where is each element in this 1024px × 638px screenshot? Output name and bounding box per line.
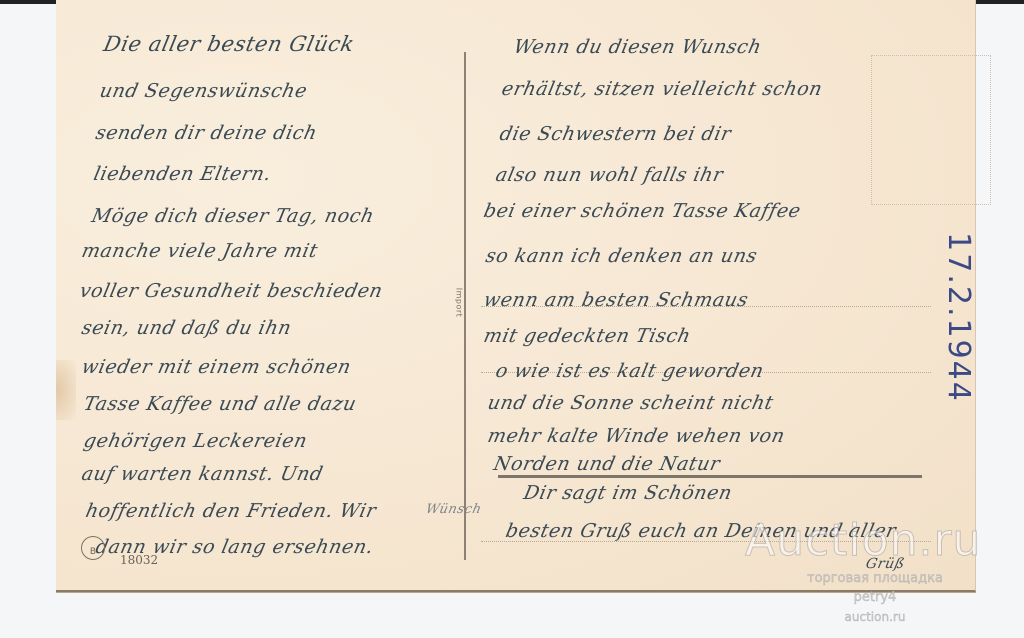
message-line: mit gedeckten Tisch <box>482 325 693 347</box>
publisher-logo-icon: B <box>81 536 105 560</box>
message-line: auf warten kannst. Und <box>80 463 326 485</box>
message-line: wenn am besten Schmaus <box>482 289 751 311</box>
center-divider <box>464 52 466 560</box>
message-line: Wenn du diesen Wunsch <box>512 36 764 58</box>
postcard-back: Die aller besten Glück und Segenswünsche… <box>56 0 976 592</box>
scan-edge-top-left <box>0 0 56 4</box>
message-line: und die Sonne scheint nicht <box>486 392 776 414</box>
message-line: o wie ist es kalt geworden <box>494 360 766 382</box>
message-line: und Segenswünsche <box>98 80 310 102</box>
message-line: Tasse Kaffee und alle dazu <box>82 393 359 415</box>
paper-stain <box>56 360 76 420</box>
message-line: also nun wohl falls ihr <box>494 164 726 186</box>
watermark-tagline: торговая площадка <box>775 571 975 586</box>
address-line-underline <box>498 475 922 478</box>
margin-note: Wünsch <box>424 502 483 517</box>
message-line: Die aller besten Glück <box>101 32 356 56</box>
message-line: voller Gesundheit beschieden <box>78 280 385 302</box>
import-label: Import <box>454 288 463 318</box>
message-line: wieder mit einem schönen <box>80 356 354 378</box>
stamp-box <box>871 55 991 205</box>
handwritten-date: 17.2.1944 <box>941 232 976 403</box>
message-line: mehr kalte Winde wehen von <box>486 425 787 447</box>
watermark-domain: auction.ru <box>775 610 975 624</box>
watermark-brand: Auction.ru <box>745 515 981 566</box>
message-line: hoffentlich den Frieden. Wir <box>84 500 379 522</box>
message-line: manche viele Jahre mit <box>80 240 320 262</box>
message-line: sein, und daß du ihn <box>80 317 294 339</box>
message-line: gehörigen Leckereien <box>82 430 310 452</box>
message-line: senden dir deine dich <box>94 122 320 144</box>
message-line: die Schwestern bei dir <box>498 123 734 145</box>
scan-edge-top-right <box>976 0 1024 4</box>
message-line: Dir sagt im Schönen <box>522 482 735 504</box>
message-line: so kann ich denken an uns <box>484 245 760 267</box>
message-line: liebenden Eltern. <box>92 163 274 185</box>
message-line: bei einer schönen Tasse Kaffee <box>482 200 803 222</box>
message-line: Norden und die Natur <box>492 453 723 475</box>
card-number: 18032 <box>120 553 158 567</box>
message-line: erhältst, sitzen vielleicht schon <box>500 78 825 100</box>
message-line: Möge dich dieser Tag, noch <box>90 205 377 227</box>
watermark-seller: petry4 <box>775 590 975 605</box>
